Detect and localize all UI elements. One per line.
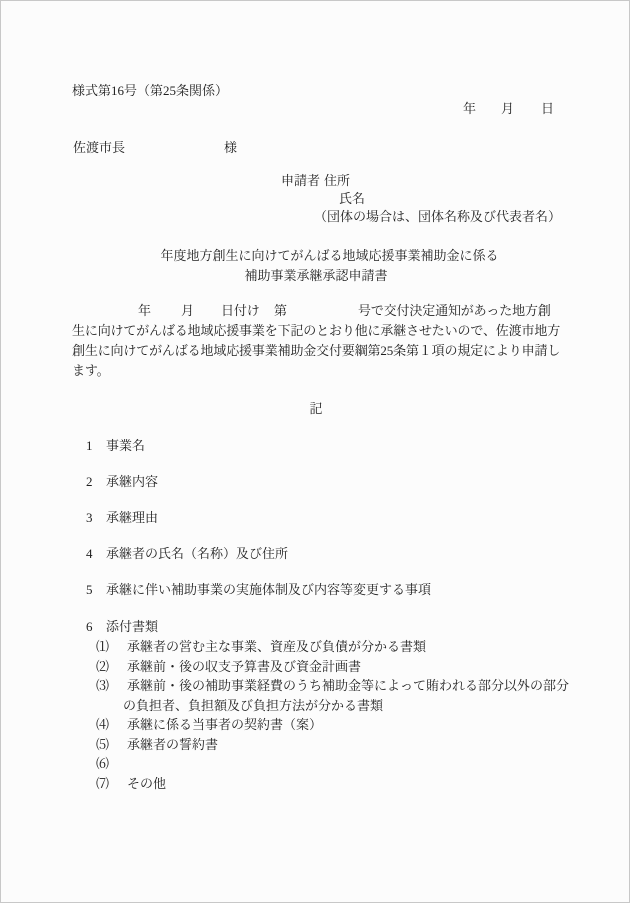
applicant-address-label: 住所 <box>324 173 350 188</box>
item-label: 承継内容 <box>106 474 158 489</box>
attachment-label: 承継に係る当事者の契約書（案） <box>127 717 322 732</box>
item-label: 事業名 <box>106 438 145 453</box>
attachment-marker: ⑷ <box>96 717 109 732</box>
item-label: 承継に伴い補助事業の実施体制及び内容等変更する事項 <box>106 582 431 597</box>
body-date-year-label: 年 <box>138 303 151 318</box>
body-date-month-label: 月 <box>181 303 194 318</box>
item-number: 2 <box>86 474 93 489</box>
record-marker: 記 <box>1 401 630 416</box>
attachment-label-continuation: の負担者、負担額及び負担方法が分かる書類 <box>123 698 383 713</box>
item-label: 添付書類 <box>106 619 158 634</box>
attachment-marker: ⑵ <box>96 659 109 674</box>
attachment-marker: ⑹ <box>96 756 109 771</box>
attachment-label: 承継前・後の収支予算書及び資金計画書 <box>127 659 361 674</box>
addressee-name: 佐渡市長 <box>73 140 125 155</box>
item-number: 5 <box>86 582 93 597</box>
item-label: 承継者の氏名（名称）及び住所 <box>106 546 288 561</box>
application-form-page: 様式第16号（第25条関係） 年 月 日 佐渡市長 様 申請者 住所 氏名 （団… <box>0 0 630 903</box>
body-line-3: 創生に向けてがんばる地域応援事業補助金交付要綱第25条第１項の規定により申請し <box>72 343 560 358</box>
applicant-group-note: （団体の場合は、団体名称及び代表者名） <box>314 209 561 224</box>
applicant-label: 申請者 <box>281 173 320 188</box>
attachment-marker: ⑸ <box>96 737 109 752</box>
body-doc-no-prefix: 第 <box>274 303 287 318</box>
attachment-label: 承継者の営む主な事業、資産及び負債が分かる書類 <box>127 639 426 654</box>
form-number: 様式第16号（第25条関係） <box>72 83 228 98</box>
body-date-day-label: 日付け <box>221 303 260 318</box>
title-line-2: 補助事業承継承認申請書 <box>1 268 630 283</box>
title-line-1-text: 年度地方創生に向けてがんばる地域応援事業補助金に係る <box>160 248 498 263</box>
applicant-name-label: 氏名 <box>339 191 365 206</box>
item-number: 1 <box>86 438 93 453</box>
body-line-4: ます。 <box>72 363 110 378</box>
item-label: 承継理由 <box>106 510 158 525</box>
attachment-label: 承継前・後の補助事業経費のうち補助金等によって賄われる部分以外の部分 <box>127 678 569 693</box>
date-day-label: 日 <box>541 101 554 116</box>
item-number: 6 <box>86 619 93 634</box>
date-year-label: 年 <box>463 101 476 116</box>
title-line-1: 年度地方創生に向けてがんばる地域応援事業補助金に係る <box>1 248 630 263</box>
attachment-marker: ⑺ <box>96 776 109 791</box>
item-number: 4 <box>86 546 93 561</box>
body-line-2: 生に向けてがんばる地域応援事業を下記のとおり他に承継させたいので、佐渡市地方 <box>72 323 560 338</box>
attachment-marker: ⑴ <box>96 639 109 654</box>
addressee-honorific: 様 <box>224 140 237 155</box>
attachment-marker: ⑶ <box>96 678 109 693</box>
date-month-label: 月 <box>501 101 514 116</box>
attachment-label: その他 <box>127 776 166 791</box>
item-number: 3 <box>86 510 93 525</box>
body-doc-no-suffix: 号で交付決定通知があった地方創 <box>358 303 551 318</box>
attachment-label: 承継者の誓約書 <box>127 737 218 752</box>
